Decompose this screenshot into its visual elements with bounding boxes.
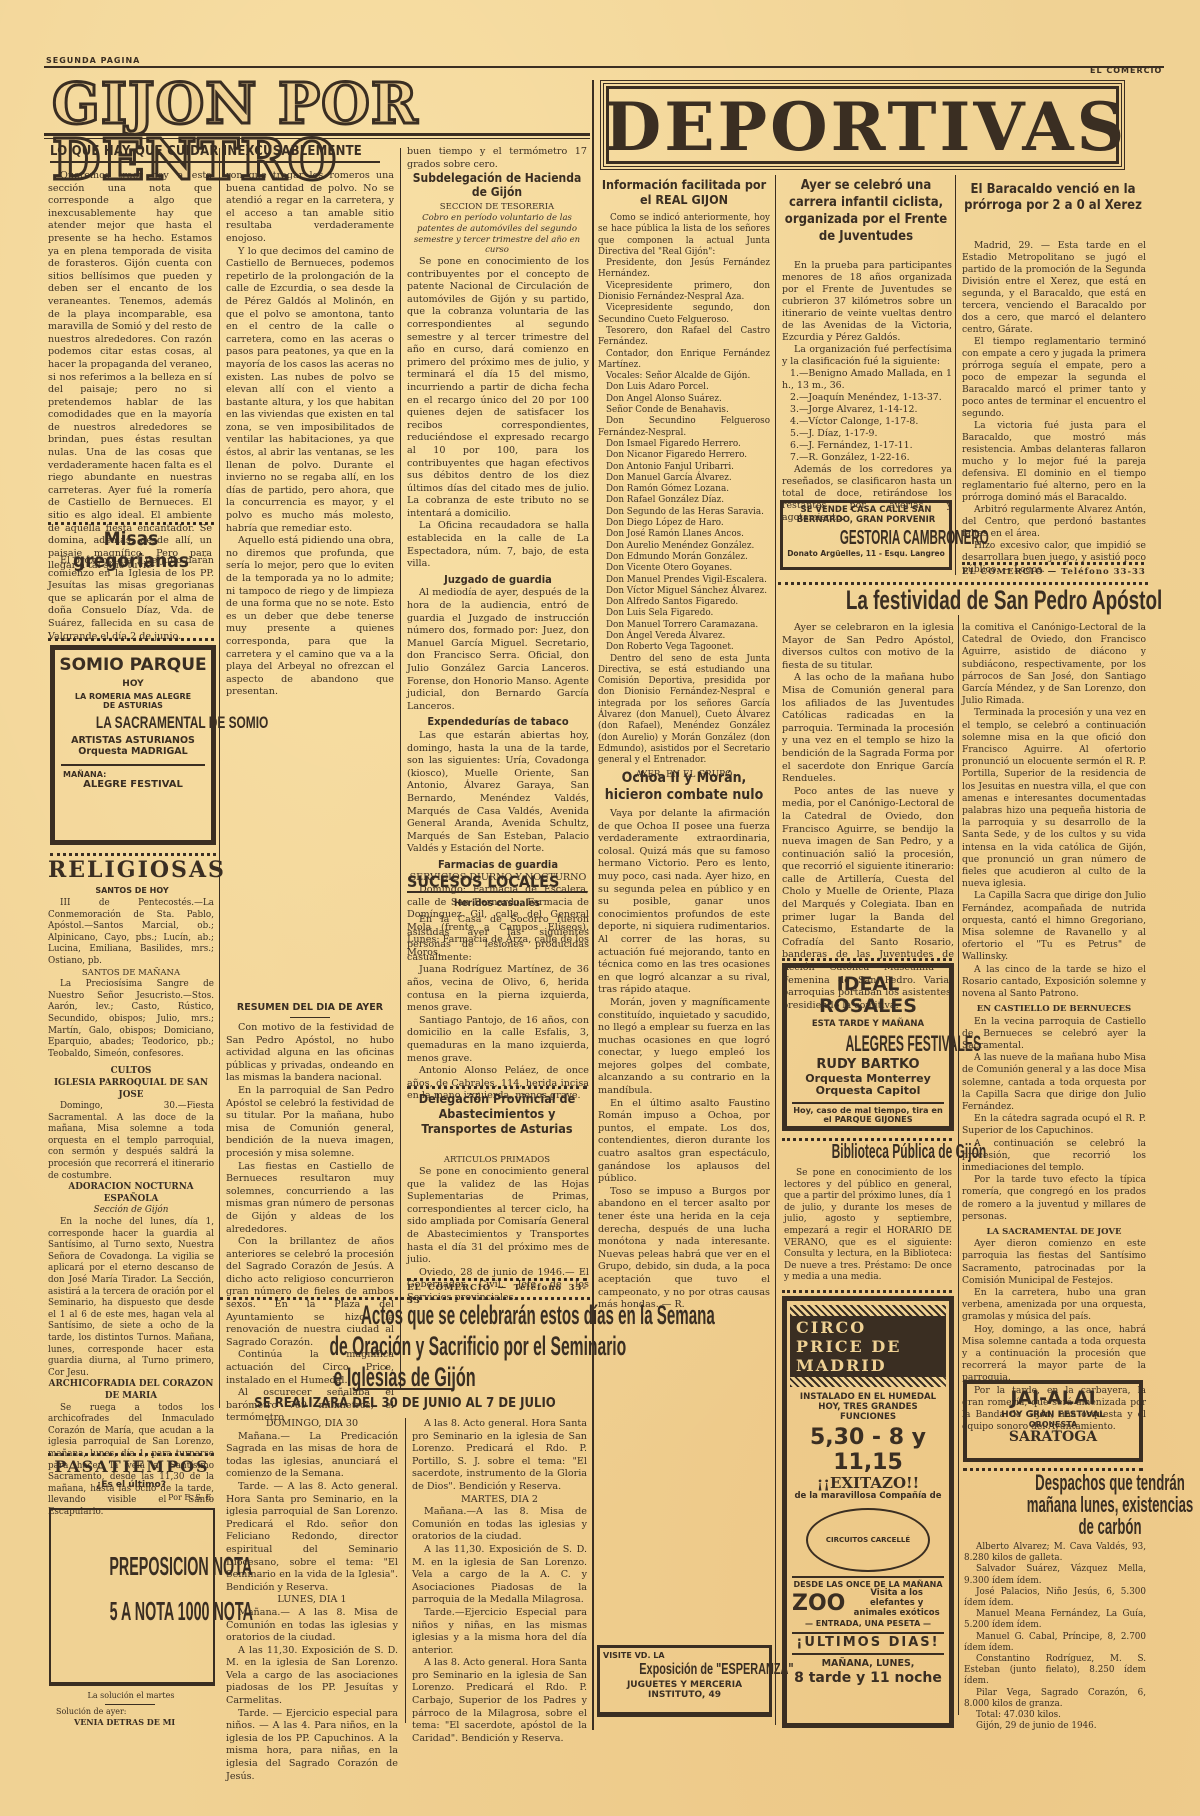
actos-col2: A las 8. Acto general. Hora Santa pro Se… — [412, 1418, 587, 1745]
santos-hoy-label: SANTOS DE HOY — [48, 886, 216, 895]
directiva-member: Don Luis Adaro Porcel. — [598, 382, 770, 393]
race-result: 3.—Jorge Alvarez, 1-14-12. — [782, 404, 952, 416]
carbon-dispatch: Gijón, 29 de junio de 1946. — [964, 1721, 1146, 1732]
san-pedro-title: La festividad de San Pedro Apóstol — [778, 585, 1148, 616]
actos-headline: Actos que se celebrarán estos días en la… — [222, 1302, 588, 1395]
directiva-list: Presidente, don Jesús Fernández Hernánde… — [598, 258, 770, 653]
directiva-member: Vocales: Señor Alcalde de Gijón. — [598, 371, 770, 382]
directiva-member: Don Vicente Otero Goyanes. — [598, 563, 770, 574]
ad-esperanza: VISITE VD. LA Exposición de "ESPERANZA" … — [597, 1645, 772, 1717]
misas-text: El próximo día 1 de julio darán comienzo… — [48, 555, 214, 643]
puzzle-solution-note: La solución el martes — [48, 1690, 214, 1703]
resumen-title: RESUMEN DEL DIA DE AYER — [226, 1002, 394, 1013]
sucesos-article: En la Casa de Socorro fueron asistidas a… — [407, 914, 589, 1103]
carbon-dispatch: Constantino Rodríguez, M. S. Esteban (ju… — [964, 1654, 1146, 1688]
race-result: 6.—J. Fernández, 1-17-11. — [782, 440, 952, 452]
directiva-member: Don Ángel Vereda Álvarez. — [598, 631, 770, 642]
race-result: 7.—R. González, 1-22-16. — [782, 452, 952, 464]
directiva-member: Contador, don Enrique Fernández Martínez… — [598, 349, 770, 372]
carbon-list: Alberto Alvarez; M. Cava Valdés, 93, 8.2… — [964, 1542, 1146, 1732]
directiva-member: Don Diego López de Haro. — [598, 518, 770, 529]
actos-dates: SE REALIZARÁ DEL 30 DE JUNIO AL 7 DE JUL… — [222, 1396, 588, 1411]
carbon-dispatch: Alberto Alvarez; M. Cava Valdés, 93, 8.2… — [964, 1542, 1146, 1564]
directiva-member: Don Edmundo Morán González. — [598, 552, 770, 563]
page-label: SEGUNDA PAGINA — [46, 56, 140, 65]
hacienda-subtitle: Cobro en período voluntario de las paten… — [407, 213, 587, 256]
directiva-member: Don Luis Sela Figaredo. — [598, 608, 770, 619]
directiva-member: Presidente, don Jesús Fernández Hernánde… — [598, 258, 770, 281]
directiva-member: Don Segundo de las Heras Saravia. — [598, 507, 770, 518]
section-title-deportivas: DEPORTIVAS — [604, 94, 1121, 160]
circus-illustration: CIRCO PRICE DE MADRID — [790, 1305, 946, 1387]
directiva-member: Don Ismael Figaredo Herrero. — [598, 439, 770, 450]
directiva-member: Don Alfredo Santos Figaredo. — [598, 597, 770, 608]
directiva-member: Don Aurelio Menéndez González. — [598, 541, 770, 552]
ciclista-article: En la prueba para participantes menores … — [782, 260, 952, 524]
directiva-member: Vicepresidente segundo, don Secundino Cu… — [598, 303, 770, 326]
directiva-member: Don Manuel García Álvarez. — [598, 473, 770, 484]
boxeo-title: Ochoa II y Morán, hicieron combate nulo — [596, 770, 772, 804]
delegacion-subtitle: ARTICULOS PRIMADOS — [407, 1154, 587, 1167]
circus-crown-logo: CIRCUITOS CARCELLÉ — [806, 1508, 930, 1572]
carbon-title: Despachos que tendrán mañana lunes, exis… — [960, 1472, 1148, 1541]
lead-article-col2: ron que tragar los romeros una buena can… — [226, 170, 394, 699]
directiva-member: Don Manuel Prendes Vigil-Escalera. — [598, 575, 770, 586]
results-list: 1.—Benigno Amado Mallada, en 1 h., 13 m.… — [782, 368, 952, 464]
delegacion-title: Delegación Provincial de Abastecimientos… — [405, 1091, 589, 1136]
religiosas-title: RELIGIOSAS — [48, 857, 216, 883]
biblioteca-title: Biblioteca Pública de Gijón — [780, 1141, 956, 1164]
comercio-phone-2: EL COMERCIO — Teléfono 33-33 — [962, 566, 1146, 579]
directiva-member: Don José Ramón Llanes Ancos. — [598, 529, 770, 540]
ad-ideal-rosales: IDEAL ROSALES ESTA TARDE Y MAÑANA ALEGRE… — [782, 963, 954, 1131]
biblioteca-text: Se pone en conocimiento de los lectores … — [784, 1168, 952, 1284]
race-result: 1.—Benigno Amado Mallada, en 1 h., 13 m.… — [782, 368, 952, 392]
race-result: 2.—Joaquín Menéndez, 1-13-37. — [782, 392, 952, 404]
actos-col1: DOMINGO, DIA 30 Mañana.— La Predicación … — [226, 1418, 398, 1783]
hacienda-title: Subdelegación de Hacienda de Gijón — [405, 171, 589, 199]
directiva-member: Don Nicanor Figaredo Herrero. — [598, 450, 770, 461]
lead-headline: LO QUE HAY QUE CUIDAR INEXCUSABLEMENTE — [50, 144, 380, 163]
puzzle-box: PREPOSICION NOTA 5 A NOTA 1000 NOTA — [49, 1508, 215, 1686]
sucesos-title: SUCESOS LOCALES — [407, 872, 587, 893]
baracaldo-title: El Baracaldo venció en la prórroga por 2… — [958, 182, 1148, 214]
san-pedro-col1: Ayer se celebraron en la iglesia Mayor d… — [782, 622, 954, 1012]
baracaldo-article: Madrid, 29. — Esta tarde en el Estadio M… — [962, 240, 1146, 576]
ad-circo-price: CIRCO PRICE DE MADRID INSTALADO EN EL HU… — [782, 1296, 954, 1728]
religiosas-block: III de Pentecostés.—La Conmemoración de … — [48, 898, 214, 1518]
carbon-dispatch: Salvador Suárez, Vázquez Mella, 9.300 íd… — [964, 1564, 1146, 1586]
directiva-member: Don Antonio Fanjul Uribarri. — [598, 462, 770, 473]
carbon-dispatch: Manuel Meana Fernández, La Guía, 5.200 í… — [964, 1609, 1146, 1631]
directiva-member: Don Angel Alonso Suárez. — [598, 394, 770, 405]
directiva-member: Señor Conde de Benahavis. — [598, 405, 770, 416]
directiva-member: Tesorero, don Rafael del Castro Fernánde… — [598, 326, 770, 349]
ciclista-title: Ayer se celebró una carrera infantil cic… — [778, 177, 954, 245]
ad-jai-alai: JAI-ALAI HOY GRAN FESTIVAL ORQUESTA SARA… — [963, 1380, 1143, 1462]
directiva-member: Don Secundino Felgueroso Fernández-Nespr… — [598, 416, 770, 439]
real-gijon-title: Información facilitada por el REAL GIJON — [596, 177, 772, 207]
directiva-member: Don Manuel Torrero Caramazana. — [598, 620, 770, 631]
race-result: 5.—J. Díaz, 1-17-9. — [782, 428, 952, 440]
carbon-dispatch: Manuel G. Cabal, Príncipe, 8, 2.700 ídem… — [964, 1632, 1146, 1654]
lead-article-col1: Queremos traer hoy a esta sección una no… — [48, 170, 212, 573]
carbon-dispatch: Pilar Vega, Sagrado Corazón, 6, 8.000 ki… — [964, 1688, 1146, 1710]
carbon-dispatch: José Palacios, Niño Jesús, 6, 5.300 ídem… — [964, 1587, 1146, 1609]
pasatiempos-author: Por E. S. E. — [120, 1492, 214, 1505]
real-gijon-article: Como se indicó anteriormente, hoy se hac… — [598, 213, 770, 781]
carbon-dispatch: Total: 47.030 kilos. — [964, 1710, 1146, 1721]
directiva-member: Don Ramón Gómez Lozana. — [598, 484, 770, 495]
race-result: 4.—Víctor Calonge, 1-17-8. — [782, 416, 952, 428]
resumen-continued: buen tiempo y el termómetro 17 grados so… — [407, 146, 587, 171]
directiva-member: Don Roberto Vega Tagoonet. — [598, 642, 770, 653]
hacienda-article: Se pone en conocimiento de los contribuy… — [407, 256, 589, 960]
hacienda-section: SECCION DE TESORERIA — [407, 201, 587, 214]
ad-somio-parque: SOMIO PARQUE HOY LA ROMERIA MAS ALEGRE D… — [50, 645, 216, 845]
directiva-member: Don Víctor Miguel Sánchez Álvarez. — [598, 586, 770, 597]
section-header-deportivas: DEPORTIVAS — [600, 80, 1125, 170]
pasatiempos-title: PASATIEMPOS — [46, 1457, 218, 1476]
san-pedro-col2: la comitiva el Canónigo-Lectoral de la C… — [962, 622, 1146, 1433]
sucesos-subtitle: Heridos casuales — [407, 898, 587, 909]
boxeo-article: Vaya por delante la afirmación de que Oc… — [598, 808, 770, 1312]
directiva-member: Don Rafael González Díaz. — [598, 495, 770, 506]
ad-gestoria-cambronero: SE VENDE CASA CALLE SAN BERNARDO, GRAN P… — [780, 500, 952, 570]
puzzle-yesterday: Solución de ayer: VENIA DETRAS DE MI — [56, 1707, 216, 1727]
directiva-member: Vicepresidente primero, don Dionisio Fer… — [598, 281, 770, 304]
pasatiempos-question: ¿Es el último? — [48, 1480, 214, 1490]
